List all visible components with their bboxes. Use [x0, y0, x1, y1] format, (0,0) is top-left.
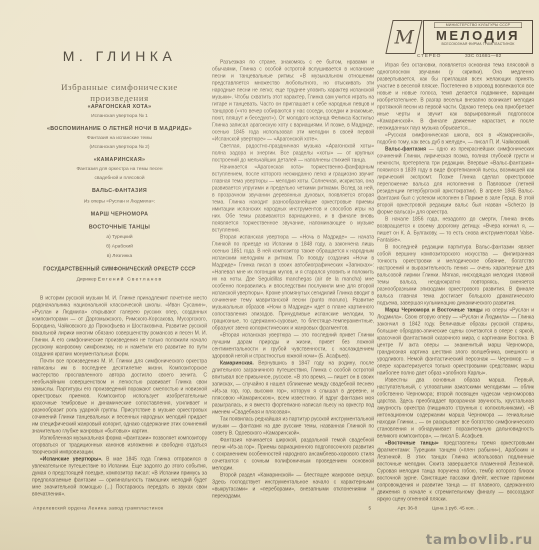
- art-number: Арт. 36-8: [398, 506, 418, 512]
- liner-notes-paragraph: В истории русской музыки М. И. Глинке пр…: [32, 295, 207, 358]
- program-list: «АРАГОНСКАЯ ХОТА»Испанская увертюра № 1«…: [32, 104, 207, 259]
- liner-notes-right: Играя без остановки, появляется основная…: [377, 62, 534, 503]
- dance-item-lezginka: в) Лезгинка: [32, 254, 207, 259]
- liner-notes-paragraph: В начале 1856 года, незадолго до смерти,…: [377, 216, 534, 244]
- track-title-aragonese-jota: «АРАГОНСКАЯ ХОТА»: [32, 104, 207, 110]
- liner-notes-paragraph: Так появилась редчайшая из партитур русс…: [212, 416, 374, 437]
- liner-notes-paragraph: Играя без остановки, появляется основная…: [377, 62, 534, 132]
- track-title-chernomor-march: МАРШ ЧЕРНОМОРА: [32, 212, 207, 218]
- opera-source-line: Из оперы «Руслан и Людмила»:: [32, 199, 207, 204]
- firm-label: ВСЕСОЮЗНАЯ ФИРМА ГРАМПЛАСТИНОК: [424, 43, 532, 47]
- monogram-letter: М: [394, 28, 413, 47]
- dance-item-turkish: а) Турецкий: [32, 235, 207, 240]
- liner-notes-paragraph: «Восточные танцы» представлены тремя орк…: [377, 440, 534, 503]
- dance-item-arabian: б) Арабский: [32, 244, 207, 249]
- liner-notes-paragraph: «Испанские увертюры». В мае 1845 года Гл…: [32, 456, 207, 498]
- liner-notes-paragraph: Начинается «Арагонская хота» торжественн…: [212, 164, 374, 234]
- liner-notes-paragraph: Вальс-фантазия — одно из прекраснейших с…: [377, 146, 534, 216]
- melodiya-brand-box: МИНИСТЕРСТВО КУЛЬТУРЫ СССР МЕЛОДИЯ ВСЕСО…: [423, 20, 533, 54]
- liner-notes-paragraph: Известны два основных образа марша. Перв…: [377, 377, 534, 440]
- stereo-label: СТЕРЕО: [417, 53, 441, 59]
- conductor-line: Дирижер Евгений Светланов: [32, 277, 207, 283]
- album-subtitle-line2: произведения: [32, 93, 207, 104]
- liner-notes-paragraph: Разъезжая по стране, знакомясь с ее быто…: [212, 59, 374, 143]
- right-column: Играя без остановки, появляется основная…: [377, 62, 534, 510]
- liner-notes-paragraph: Вторая испанская увертюра — «Ночь в Мадр…: [212, 234, 374, 332]
- track-subtitle: Фантазия для оркестра на темы песен: [32, 167, 207, 172]
- library-watermark: tambovlib.ru: [426, 532, 533, 548]
- catalog-number: 33С 01681—82: [465, 53, 502, 59]
- conductor-name: Евгений Светланов: [98, 277, 163, 283]
- album-subtitle: Избранные симфонические произведения: [32, 82, 207, 103]
- melodiya-monogram-icon: М: [385, 20, 422, 54]
- liner-notes-paragraph: Излюбленная музыкальная форма «фантазии»…: [32, 435, 207, 456]
- melodiya-logo: М МИНИСТЕРСТВО КУЛЬТУРЫ СССР МЕЛОДИЯ ВСЕ…: [389, 20, 533, 54]
- track-subtitle: Фантазия на испанские темы: [32, 136, 207, 141]
- melodiya-brand-name: МЕЛОДИЯ: [424, 29, 532, 43]
- track-title-night-in-madrid: «ВОСПОМИНАНИЕ О ЛЕТНЕЙ НОЧИ В МАДРИДЕ»: [32, 126, 207, 132]
- orchestra-name: ГОСУДАРСТВЕННЫЙ СИМФОНИЧЕСКИЙ ОРКЕСТР СС…: [32, 267, 207, 273]
- liner-notes-paragraph: Камаринская. Вернувшись в 1847 году на р…: [212, 360, 374, 416]
- record-sleeve-back: М. ГЛИНКА Избранные симфонические произв…: [0, 0, 539, 550]
- liner-notes-left: В истории русской музыки М. И. Глинке пр…: [32, 295, 207, 498]
- track-title-oriental-dances: ВОСТОЧНЫЕ ТАНЦЫ: [32, 225, 207, 231]
- page-number: 5: [369, 506, 372, 512]
- track-title-kamarinskaya: «КАМАРИНСКАЯ»: [32, 157, 207, 163]
- liner-notes-paragraph: Светлая, радостно-праздничная музыка «Ар…: [212, 143, 374, 164]
- track-subtitle: (Испанская увертюра № 2): [32, 145, 207, 150]
- price-label: Цена 1 руб. 45 коп.: [432, 506, 475, 512]
- liner-notes-middle: Разъезжая по стране, знакомясь с ее быто…: [212, 59, 374, 500]
- album-subtitle-line1: Избранные симфонические: [32, 82, 207, 93]
- left-column: «АРАГОНСКАЯ ХОТА»Испанская увертюра № 1«…: [32, 104, 207, 502]
- liner-notes-paragraph: Почти все произведения М. И. Глинки для …: [32, 358, 207, 435]
- liner-notes-paragraph: Фантазия начинается широкой, раздольной …: [212, 437, 374, 472]
- track-subtitle: свадебной и плясовой: [32, 176, 207, 181]
- plant-credit: Апрелевский ордена Ленина завод грамплас…: [33, 506, 163, 512]
- liner-notes-paragraph: Марш Черномора и Восточные танцы из опер…: [377, 307, 534, 377]
- liner-notes-paragraph: В последней редакции партитура Вальс-фан…: [377, 244, 534, 307]
- middle-column: Разъезжая по стране, знакомясь с ее быто…: [212, 59, 374, 502]
- liner-notes-paragraph: «Русская симфоническая школа, вся в «Кам…: [377, 132, 534, 146]
- conductor-label: Дирижер: [77, 277, 97, 283]
- track-title-waltz-fantasia: ВАЛЬС-ФАНТАЗИЯ: [32, 188, 207, 194]
- footer-row: Апрелевский ордена Ленина завод грамплас…: [0, 502, 539, 518]
- track-subtitle: Испанская увертюра № 1: [32, 114, 207, 119]
- liner-notes-paragraph: «Вторая испанская увертюра — это последн…: [212, 332, 374, 360]
- composer-title: М. ГЛИНКА: [32, 48, 207, 64]
- liner-notes-paragraph: Второй раздел «Камаринской» — блестящее …: [212, 472, 374, 500]
